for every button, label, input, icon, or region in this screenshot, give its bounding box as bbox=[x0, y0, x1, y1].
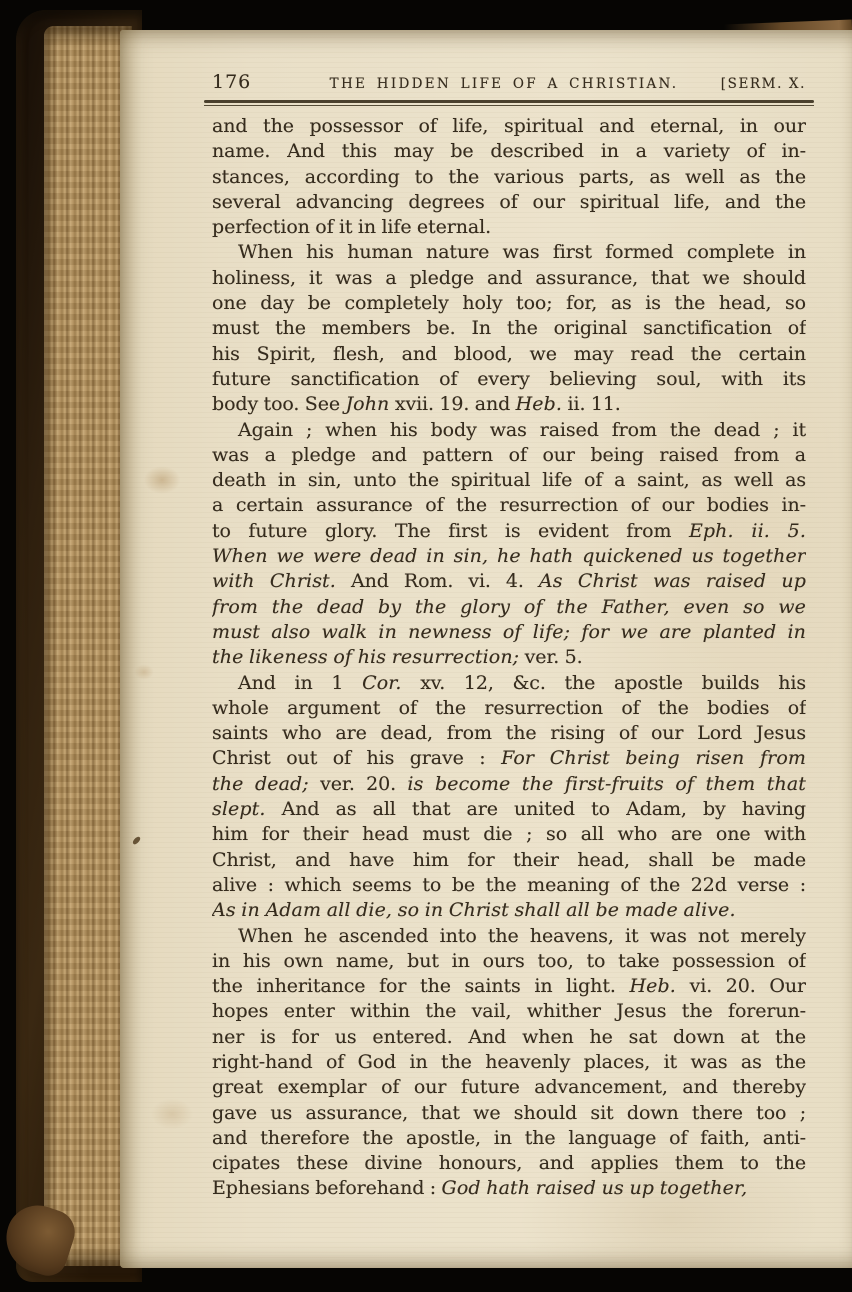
text-line: right-hand of God in the heavenly places… bbox=[212, 1050, 806, 1075]
text-line: cipates these divine honours, and applie… bbox=[212, 1151, 806, 1176]
rule-thick-line bbox=[204, 100, 814, 103]
rule-thin-line bbox=[204, 105, 814, 106]
text-line: Again ; when his body was raised from th… bbox=[212, 418, 806, 443]
text-line: must the members be. In the original san… bbox=[212, 316, 806, 341]
text-line: name. And this may be described in a var… bbox=[212, 139, 806, 164]
text-line: hopes enter within the vail, whither Jes… bbox=[212, 999, 806, 1024]
text-line: alive : which seems to be the meaning of… bbox=[212, 873, 806, 898]
text-line: When his human nature was first formed c… bbox=[212, 240, 806, 265]
text-line: death in sin, unto the spiritual life of… bbox=[212, 468, 806, 493]
header-double-rule bbox=[204, 100, 814, 106]
text-line: And in 1 Cor. xv. 12, &c. the apostle bu… bbox=[212, 671, 806, 696]
text-line: When he ascended into the heavens, it wa… bbox=[212, 924, 806, 949]
ink-fleck bbox=[132, 835, 141, 845]
text-line: his Spirit, flesh, and blood, we may rea… bbox=[212, 342, 806, 367]
book-photograph: 176 THE HIDDEN LIFE OF A CHRISTIAN. [SER… bbox=[0, 0, 852, 1292]
text-line: gave us assurance, that we should sit do… bbox=[212, 1101, 806, 1126]
text-line: body too. See John xvii. 19. and Heb. ii… bbox=[212, 392, 806, 417]
text-line: Christ, and have him for their head, sha… bbox=[212, 848, 806, 873]
page-number: 176 bbox=[212, 70, 322, 94]
text-line: and the possessor of life, spiritual and… bbox=[212, 114, 806, 139]
running-header: 176 THE HIDDEN LIFE OF A CHRISTIAN. [SER… bbox=[212, 70, 806, 96]
text-line: Christ out of his grave : For Christ bei… bbox=[212, 746, 806, 771]
text-line: ner is for us entered. And when he sat d… bbox=[212, 1025, 806, 1050]
text-line: saints who are dead, from the rising of … bbox=[212, 721, 806, 746]
page-fore-edges bbox=[44, 26, 132, 1266]
text-line: stances, according to the various parts,… bbox=[212, 165, 806, 190]
text-line: the dead; ver. 20. is become the first-f… bbox=[212, 772, 806, 797]
running-title: THE HIDDEN LIFE OF A CHRISTIAN. bbox=[322, 72, 686, 96]
text-line: was a pledge and pattern of our being ra… bbox=[212, 443, 806, 468]
text-line: future sanctification of every believing… bbox=[212, 367, 806, 392]
body-text: and the possessor of life, spiritual and… bbox=[212, 114, 806, 1206]
text-line: to future glory. The first is evident fr… bbox=[212, 519, 806, 544]
text-line: Ephesians beforehand : God hath raised u… bbox=[212, 1176, 806, 1201]
text-line: holiness, it was a pledge and assurance,… bbox=[212, 266, 806, 291]
text-line: a certain assurance of the resurrection … bbox=[212, 493, 806, 518]
text-line: the inheritance for the saints in light.… bbox=[212, 974, 806, 999]
text-line: must also walk in newness of life; for w… bbox=[212, 620, 806, 645]
text-line: When we were dead in sin, he hath quicke… bbox=[212, 544, 806, 569]
text-line: whole argument of the resurrection of th… bbox=[212, 696, 806, 721]
book-page: 176 THE HIDDEN LIFE OF A CHRISTIAN. [SER… bbox=[120, 30, 852, 1268]
text-line: one day be completely holy too; for, as … bbox=[212, 291, 806, 316]
text-line: great exemplar of our future advancement… bbox=[212, 1075, 806, 1100]
text-line: him for their head must die ; so all who… bbox=[212, 822, 806, 847]
text-line: slept. And as all that are united to Ada… bbox=[212, 797, 806, 822]
text-line: and therefore the apostle, in the langua… bbox=[212, 1126, 806, 1151]
text-line: several advancing degrees of our spiritu… bbox=[212, 190, 806, 215]
text-line: As in Adam all die, so in Christ shall a… bbox=[212, 898, 806, 923]
text-line: with Christ. And Rom. vi. 4. As Christ w… bbox=[212, 569, 806, 594]
text-line: perfection of it in life eternal. bbox=[212, 215, 806, 240]
page-content: 176 THE HIDDEN LIFE OF A CHRISTIAN. [SER… bbox=[212, 70, 806, 1206]
text-line: the likeness of his resurrection; ver. 5… bbox=[212, 645, 806, 670]
text-line: from the dead by the glory of the Father… bbox=[212, 595, 806, 620]
text-line: in his own name, but in ours too, to tak… bbox=[212, 949, 806, 974]
sermon-reference: [SERM. X. bbox=[686, 72, 806, 96]
